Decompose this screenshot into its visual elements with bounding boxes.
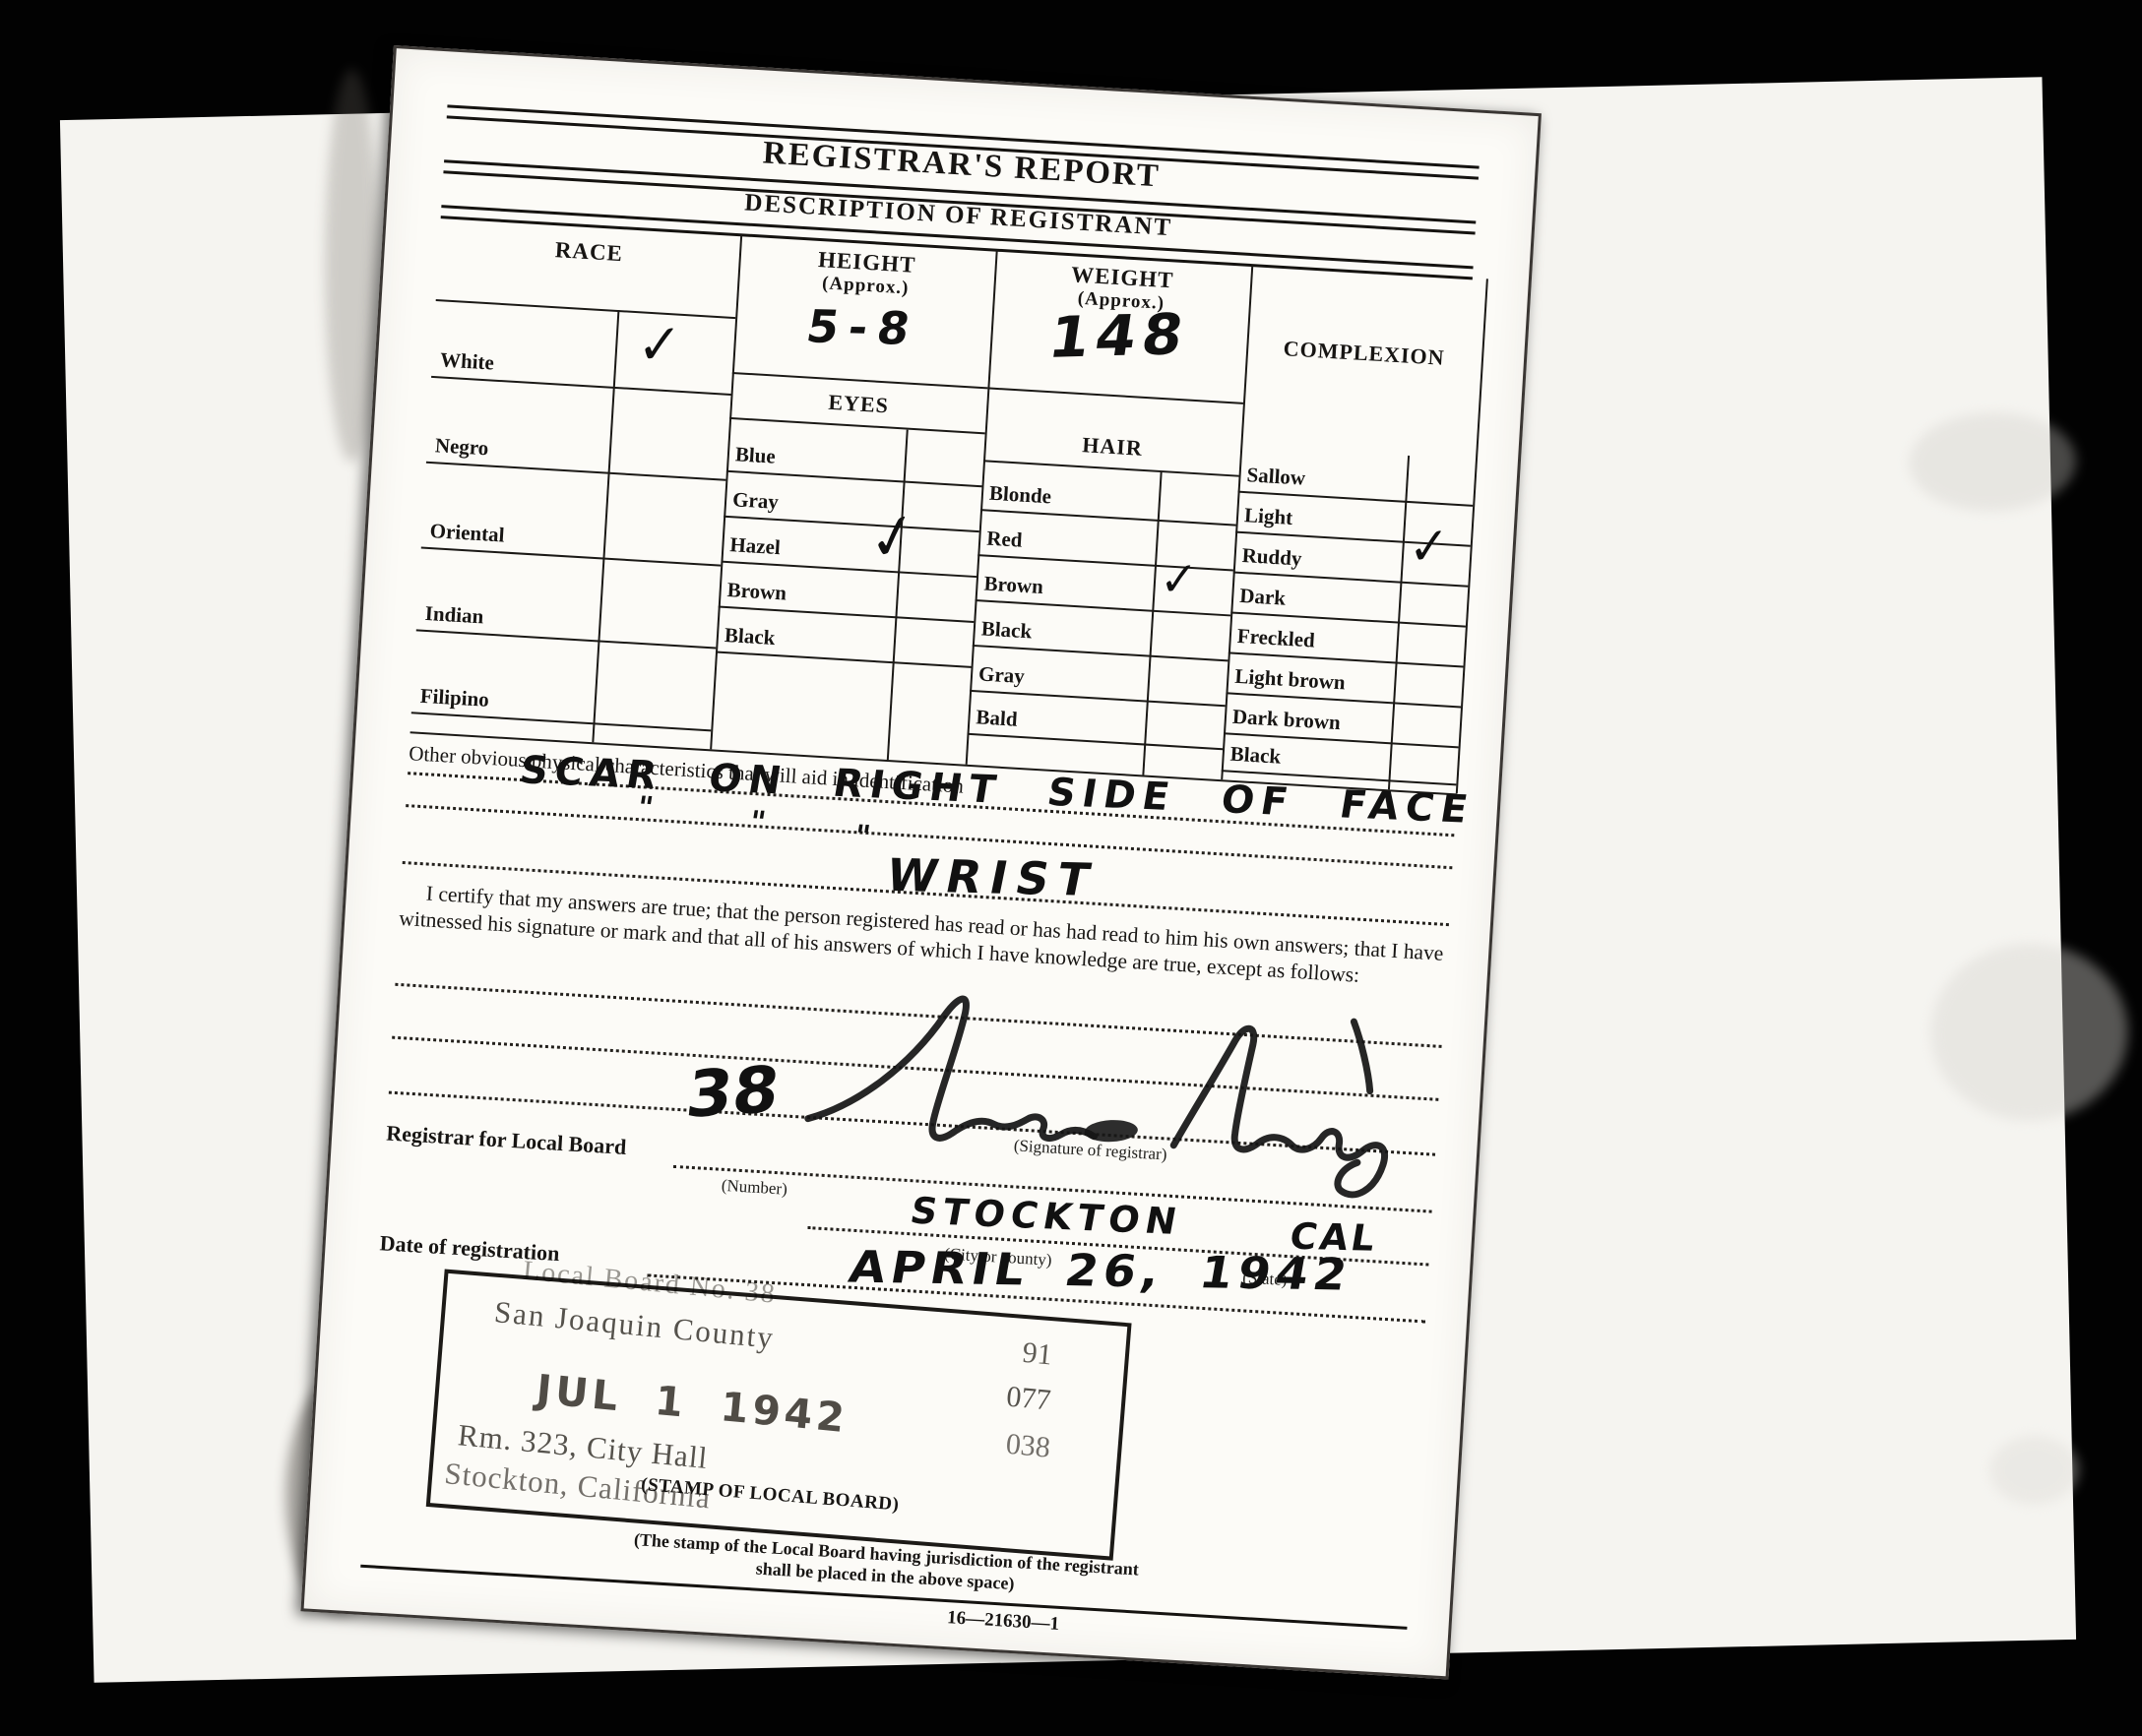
option-label: Freckled bbox=[1236, 624, 1315, 653]
option-label: Brown bbox=[726, 578, 787, 606]
option-label: Gray bbox=[731, 487, 779, 515]
ditto-mark: " bbox=[851, 819, 872, 854]
complexion-header: COMPLEXION bbox=[1246, 334, 1482, 373]
weight-cell-underline bbox=[987, 387, 1243, 403]
option-underline bbox=[967, 733, 1223, 750]
registrar-signature bbox=[784, 958, 1445, 1208]
option-label: Dark bbox=[1239, 584, 1287, 611]
option-underline bbox=[416, 629, 717, 649]
option-underline bbox=[724, 516, 979, 532]
option-label: Black bbox=[1229, 742, 1282, 770]
option-label: Negro bbox=[434, 433, 489, 461]
option-underline bbox=[719, 606, 975, 623]
option-label: Light brown bbox=[1234, 664, 1347, 696]
option-label: Bald bbox=[976, 705, 1018, 731]
option-label: Light bbox=[1243, 503, 1292, 530]
option-label: Sallow bbox=[1246, 463, 1306, 490]
ditto-mark: " bbox=[747, 805, 768, 840]
checkmark-icon: ✓ bbox=[1160, 555, 1199, 603]
edge-smudge bbox=[325, 69, 379, 463]
option-underline bbox=[426, 462, 726, 481]
checkmark-icon: ✓ bbox=[865, 502, 922, 573]
option-underline bbox=[970, 690, 1226, 707]
option-label: Red bbox=[986, 527, 1024, 553]
scan-noise-blob bbox=[1929, 942, 2130, 1123]
board-number-handwriting: 38 bbox=[682, 1052, 783, 1133]
form-number: 16—21630—1 bbox=[855, 1602, 1152, 1642]
scan-noise-blob bbox=[1908, 411, 2077, 514]
checkmark-icon: ✓ bbox=[1409, 520, 1450, 574]
option-underline bbox=[973, 645, 1228, 661]
option-label: Blue bbox=[734, 442, 776, 468]
option-underline bbox=[421, 547, 722, 567]
race-header-underline bbox=[436, 299, 736, 319]
height-value-handwriting: 5-8 bbox=[730, 298, 996, 357]
option-label: Gray bbox=[977, 661, 1025, 689]
eyes-header: EYES bbox=[730, 384, 987, 424]
option-label: Indian bbox=[424, 601, 484, 629]
race-header: RACE bbox=[438, 230, 739, 274]
option-label: Ruddy bbox=[1241, 543, 1302, 572]
option-label: Oriental bbox=[429, 519, 505, 547]
option-underline bbox=[411, 712, 712, 731]
option-label: Black bbox=[724, 623, 776, 651]
checkmark-icon: ✓ bbox=[637, 317, 682, 374]
hair-header: HAIR bbox=[984, 426, 1241, 466]
registrar-report-card: REGISTRAR'S REPORT DESCRIPTION OF REGIST… bbox=[300, 45, 1541, 1679]
option-label: Filipino bbox=[419, 684, 489, 713]
option-label: White bbox=[439, 347, 494, 375]
number-caption: (Number) bbox=[721, 1176, 787, 1200]
option-underline bbox=[980, 509, 1236, 526]
option-label: Brown bbox=[983, 572, 1044, 600]
scan-noise-blob bbox=[1989, 1435, 2080, 1506]
registrar-board-label: Registrar for Local Board bbox=[386, 1121, 627, 1160]
stamp-number-038: 038 bbox=[1004, 1428, 1051, 1465]
table-divider bbox=[592, 310, 619, 742]
option-underline bbox=[431, 376, 731, 396]
option-underline bbox=[721, 561, 976, 578]
option-label: Black bbox=[980, 616, 1033, 644]
option-label: Blonde bbox=[988, 481, 1051, 510]
option-underline bbox=[716, 651, 972, 667]
option-label: Dark brown bbox=[1231, 705, 1341, 735]
stamp-number-91: 91 bbox=[1021, 1336, 1053, 1373]
description-table: White✓NegroOrientalIndianFilipinoBlueGra… bbox=[397, 48, 1539, 116]
table-divider bbox=[1142, 472, 1162, 775]
scanned-document-viewport: REGISTRAR'S REPORT DESCRIPTION OF REGIST… bbox=[0, 0, 2142, 1736]
stamp-number-077: 077 bbox=[1005, 1380, 1052, 1417]
option-label: Hazel bbox=[729, 532, 782, 560]
option-underline bbox=[726, 470, 982, 487]
weight-value-handwriting: 148 bbox=[984, 299, 1254, 372]
